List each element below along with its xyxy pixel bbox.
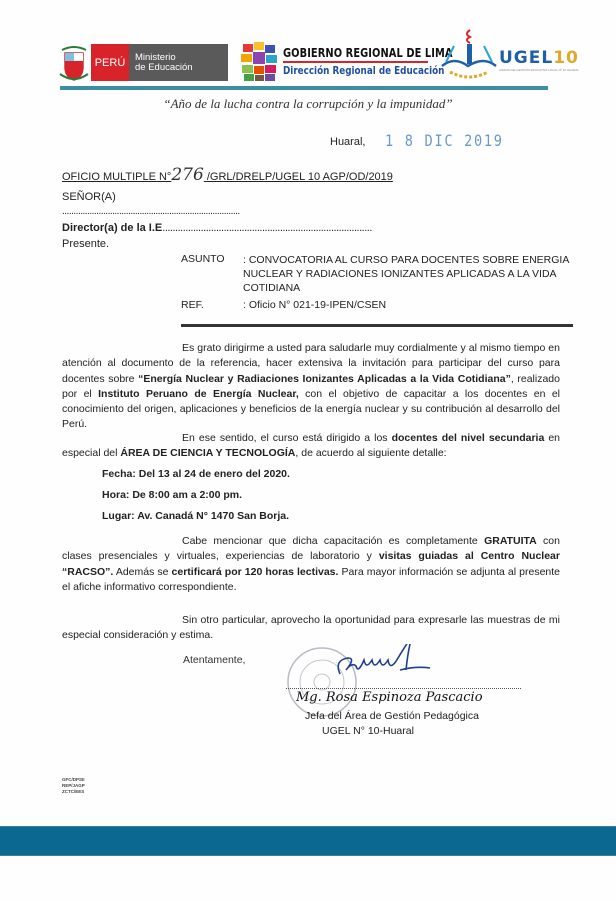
peru-coat-of-arms-icon <box>58 44 90 84</box>
reference-initials: GFC/DPSII REP/JAGP ZCTC/EES <box>62 777 85 795</box>
signer-name: Mg. Rosa Espinoza Pascacio <box>296 690 483 705</box>
ministry-line1: Ministerio <box>135 53 228 63</box>
director-dots: ........................................… <box>162 222 372 234</box>
header-divider <box>60 86 548 90</box>
ref-value: : Oficio N° 021-19-IPEN/CSEN <box>243 299 386 311</box>
asunto-label: ASUNTO <box>181 253 225 265</box>
oficio-number-line: OFICIO MULTIPLE N°276 /GRL/DRELP/UGEL 10… <box>62 165 393 185</box>
peru-label: PERÚ <box>95 57 126 69</box>
paragraph-free-course: Cabe mencionar que dicha capacitación es… <box>62 534 560 595</box>
oficio-handwritten-number: 276 <box>171 165 203 185</box>
paragraph-greeting: Es grato dirigirme a usted para saludarl… <box>62 341 560 433</box>
subject-divider <box>181 324 573 327</box>
ministry-line2: de Educación <box>135 63 228 73</box>
signature-line <box>286 688 521 689</box>
oficio-prefix: OFICIO MULTIPLE N° <box>62 171 171 183</box>
ugel-wordmark-main: UGEL <box>499 48 553 68</box>
ugel-tagline: UNIDAD DE GESTIÓN EDUCATIVA LOCAL Nº 10 … <box>499 68 579 72</box>
regional-education-subtitle: Dirección Regional de Educación <box>283 64 444 77</box>
ref-label: REF. <box>181 299 204 311</box>
asunto-value: : CONVOCATORIA AL CURSO PARA DOCENTES SO… <box>243 253 573 295</box>
presente-label: Presente. <box>62 238 109 250</box>
detail-location: Lugar: Av. Canadá N° 1470 San Borja. <box>102 510 289 522</box>
regional-government-logo-icon <box>241 42 277 82</box>
handwritten-signature-icon <box>330 644 440 689</box>
oficio-suffix: /GRL/DRELP/UGEL 10 AGP/OD/2019 <box>207 171 393 183</box>
ugel-wordmark-number: 10 <box>553 48 579 68</box>
regional-government-title: GOBIERNO REGIONAL DE LIMA <box>283 46 453 60</box>
regional-title-underline <box>283 61 428 63</box>
date-stamp: 1 8 DIC 2019 <box>385 131 504 150</box>
letter-place: Huaral, <box>330 136 365 148</box>
year-motto: “Año de la lucha contra la corrupción y … <box>0 96 616 112</box>
director-line: Director(a) de la I.E...................… <box>62 222 372 234</box>
director-label: Director(a) de la I.E <box>62 222 162 234</box>
ugel-wordmark: UGEL10 <box>499 48 579 68</box>
signer-role: Jefa del Área de Gestión Pedagógica <box>305 710 479 722</box>
closing-remark: Atentamente, <box>183 654 245 666</box>
peru-brand-box: PERÚ <box>91 44 129 81</box>
footer-bar <box>0 826 616 856</box>
paragraph-audience: En ese sentido, el curso está dirigido a… <box>62 431 560 462</box>
paragraph-closing: Sin otro particular, aprovecho la oportu… <box>62 613 560 644</box>
detail-date: Fecha: Del 13 al 24 de enero del 2020. <box>102 468 290 480</box>
ugel-book-torch-logo-icon <box>440 28 498 84</box>
detail-time: Hora: De 8:00 am a 2:00 pm. <box>102 489 242 501</box>
ministry-brand-box: Ministerio de Educación <box>129 44 228 81</box>
salutation: SEÑOR(A) <box>62 191 116 203</box>
recipient-dots-line: ........................................… <box>62 206 240 217</box>
signer-office: UGEL N° 10-Huaral <box>322 725 414 737</box>
